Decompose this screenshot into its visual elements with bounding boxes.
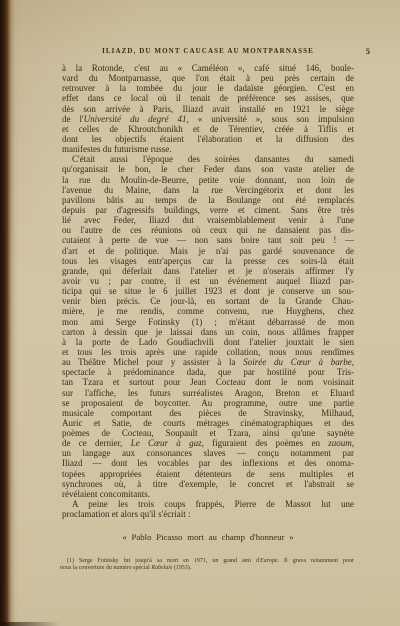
text-line: A peine les trois coups frappés, Pierre …: [62, 499, 354, 509]
body-text: à la Rotonde, c'est au « Caméléon », caf…: [62, 63, 354, 519]
italic-text-run: Rabelais: [151, 565, 172, 571]
text-line: poèmes de Cocteau, Soupault et Tzara, ai…: [62, 428, 354, 438]
text-line: Auric et Satie, de courts métrages ciném…: [62, 418, 354, 428]
text-run: cutaient à perte de vue — non sans boire…: [62, 235, 354, 245]
text-line: vard du Montparnasse, que l'on était à p…: [62, 73, 354, 83]
text-line: depuis par d'agressifs buildings, verre …: [62, 205, 354, 215]
text-line: dès son arrivée à Paris, Iliazd avait in…: [62, 104, 354, 114]
text-run: tan Tzara et surtout pour Jean Cocteau d…: [62, 377, 354, 387]
text-run: sur l'affiche, les futurs surréalistes A…: [62, 388, 354, 398]
text-line: et celles de Khroutchonikh et de Térenti…: [62, 124, 354, 134]
text-line: spectacle à prédominance dada, que par h…: [62, 367, 354, 377]
text-line: manifestes du futurisme russe.: [62, 144, 354, 154]
text-run: au Théâtre Michel pour y assister à la: [62, 357, 243, 367]
text-run: un langage aux consonances slaves — conç…: [62, 448, 354, 458]
text-run: de ce dernier,: [62, 438, 131, 448]
text-run: (1) Serge Fotinsky fut jusqu'à sa mort e…: [67, 558, 260, 564]
text-run: lié avec Feder, Iliazd dut vraisemblable…: [62, 215, 354, 225]
text-line: ticipa qui se situe le 6 juillet 1923 et…: [62, 286, 354, 296]
text-run: mière, je me rendis, comme convenu, rue …: [62, 306, 354, 316]
text-run: proclamation et alors qu'il s'écriait :: [62, 509, 190, 519]
text-run: depuis par d'agressifs buildings, verre …: [62, 205, 354, 215]
italic-text-run: zaoum: [328, 438, 352, 448]
text-run: se proposaient de boycotter. Au programm…: [62, 398, 354, 408]
text-run: avoir vu ; par contre, il est un événeme…: [62, 276, 354, 286]
text-run: grande, qui déferlait dans l'atelier et …: [62, 266, 354, 276]
text-line: cutaient à perte de vue — non sans boire…: [62, 235, 354, 245]
page-bottom-edge-shadow: [0, 622, 60, 626]
text-run: à la Rotonde, c'est au « Caméléon », caf…: [62, 63, 354, 73]
text-line: mière, je me rendis, comme convenu, rue …: [62, 306, 354, 316]
text-run: mon ami Serge Fotinsky (1) ; m'étant déb…: [62, 317, 354, 327]
text-run: l'avenue du Maine, dans la rue Vercingét…: [62, 185, 354, 195]
text-run: tous les visages entr'aperçus car la pre…: [62, 256, 354, 266]
text-run: dont les objectifs étaient l'élaboration…: [62, 134, 354, 144]
text-line: retrouver à la tombée du jour le dadaïst…: [62, 83, 354, 93]
book-page-scan: ILIAZD, DU MONT CAUCASE AU MONTPARNASSE …: [0, 0, 400, 626]
text-line: de l'Université du degré 41, « universit…: [62, 114, 354, 124]
text-run: C'était aussi l'époque des soirées dansa…: [72, 154, 354, 164]
text-run: et tous les trois après une rapide colla…: [62, 347, 354, 357]
footnote: (1) Serge Fotinsky fut jusqu'à sa mort e…: [60, 558, 354, 572]
text-run: ,: [352, 438, 354, 448]
text-run: effet dans ce local où il tenait de préf…: [62, 93, 354, 103]
text-line: révélaient concomitants.: [62, 489, 354, 499]
text-run: (1953).: [172, 565, 191, 571]
text-run: pavillons bâtis au temps de la Boulange …: [62, 195, 354, 205]
text-line: tous les visages entr'aperçus car la pre…: [62, 256, 354, 266]
text-run: nous la couverture du numéro spécial: [60, 565, 151, 571]
text-run: d'art et de politique. Mais je n'ai pas …: [62, 246, 354, 256]
text-line: avoir vu ; par contre, il est un événeme…: [62, 276, 354, 286]
text-run: ticipa qui se situe le 6 juillet 1923 et…: [62, 286, 354, 296]
text-line: ou l'autre de ces réunions où ceux qui n…: [62, 225, 354, 235]
text-run: topées appropriées étaient détenteurs de…: [62, 469, 354, 479]
text-run: vard du Montparnasse, que l'on était à p…: [62, 73, 354, 83]
text-line: sur l'affiche, les futurs surréalistes A…: [62, 388, 354, 398]
text-line: la rue du Moulin-de-Beurre, petite voie …: [62, 175, 354, 185]
running-header: ILIAZD, DU MONT CAUCASE AU MONTPARNASSE: [62, 47, 354, 55]
text-line: pavillons bâtis au temps de la Boulange …: [62, 195, 354, 205]
text-run: venir bien précis. Ce jour-là, en sortan…: [62, 296, 354, 306]
text-line: un langage aux consonances slaves — conç…: [62, 448, 354, 458]
text-run: musicale comportant des pièces de Stravi…: [62, 408, 354, 418]
text-line: nous la couverture du numéro spécial Rab…: [60, 565, 354, 572]
text-run: spectacle à prédominance dada, que par h…: [62, 367, 354, 377]
page-gutter-shadow: [0, 0, 20, 626]
text-line: d'art et de politique. Mais je n'ai pas …: [62, 246, 354, 256]
text-run: ou l'autre de ces réunions où ceux qui n…: [62, 225, 354, 235]
text-run: Iliazd — dont les vocables par des infle…: [62, 458, 354, 468]
text-line: grande, qui déferlait dans l'atelier et …: [62, 266, 354, 276]
text-run: de l': [62, 114, 84, 124]
text-run: qu'organisait le bon, le cher Feder dans…: [62, 164, 354, 174]
text-run: . Il grava notamment pour: [278, 558, 354, 564]
text-run: retrouver à la tombée du jour le dadaïst…: [62, 83, 354, 93]
text-line: synchrones où, à titre d'exemple, le con…: [62, 479, 354, 489]
text-run: poèmes de Cocteau, Soupault et Tzara, ai…: [62, 428, 354, 438]
text-line: à la Rotonde, c'est au « Caméléon », caf…: [62, 63, 354, 73]
text-line: Iliazd — dont les vocables par des infle…: [62, 458, 354, 468]
text-run: manifestes du futurisme russe.: [62, 144, 171, 154]
text-line: qu'organisait le bon, le cher Feder dans…: [62, 164, 354, 174]
text-run: à la porte de Lado Goudiachvili dont l'a…: [62, 337, 354, 347]
text-line: au Théâtre Michel pour y assister à la S…: [62, 357, 354, 367]
text-line: venir bien précis. Ce jour-là, en sortan…: [62, 296, 354, 306]
italic-text-run: Europe: [260, 558, 277, 564]
text-line: topées appropriées étaient détenteurs de…: [62, 469, 354, 479]
text-line: dont les objectifs étaient l'élaboration…: [62, 134, 354, 144]
text-run: A peine les trois coups frappés, Pierre …: [72, 499, 354, 509]
text-run: ,: [352, 357, 354, 367]
italic-text-run: Le Cœur à gaz: [131, 438, 202, 448]
text-line: proclamation et alors qu'il s'écriait :: [62, 509, 354, 519]
text-line: musicale comportant des pièces de Stravi…: [62, 408, 354, 418]
text-line: effet dans ce local où il tenait de préf…: [62, 93, 354, 103]
picasso-quote: « Pablo Picasso mort au champ d'honneur …: [62, 532, 354, 542]
text-run: et celles de Khroutchonikh et de Térenti…: [62, 124, 354, 134]
text-line: C'était aussi l'époque des soirées dansa…: [62, 154, 354, 164]
text-run: la rue du Moulin-de-Beurre, petite voie …: [62, 175, 354, 185]
text-line: tan Tzara et surtout pour Jean Cocteau d…: [62, 377, 354, 387]
text-run: , « université », sous son impulsion: [187, 114, 354, 124]
text-line: mon ami Serge Fotinsky (1) ; m'étant déb…: [62, 317, 354, 327]
text-run: carton à dessin que je laissai dans un c…: [62, 327, 354, 337]
text-run: , figuraient des poèmes en: [202, 438, 329, 448]
text-run: synchrones où, à titre d'exemple, le con…: [62, 479, 354, 489]
text-run: révélaient concomitants.: [62, 489, 150, 499]
text-line: carton à dessin que je laissai dans un c…: [62, 327, 354, 337]
text-run: dès son arrivée à Paris, Iliazd avait in…: [62, 104, 354, 114]
text-line: lié avec Feder, Iliazd dut vraisemblable…: [62, 215, 354, 225]
text-line: à la porte de Lado Goudiachvili dont l'a…: [62, 337, 354, 347]
italic-text-run: Soirée du Cœur à barbe: [243, 357, 351, 367]
text-run: Auric et Satie, de courts métrages ciném…: [62, 418, 354, 428]
text-line: de ce dernier, Le Cœur à gaz, figuraient…: [62, 438, 354, 448]
text-line: et tous les trois après une rapide colla…: [62, 347, 354, 357]
page-number: 5: [366, 46, 370, 56]
italic-text-run: Université du degré 41: [84, 114, 187, 124]
text-line: l'avenue du Maine, dans la rue Vercingét…: [62, 185, 354, 195]
text-line: se proposaient de boycotter. Au programm…: [62, 398, 354, 408]
